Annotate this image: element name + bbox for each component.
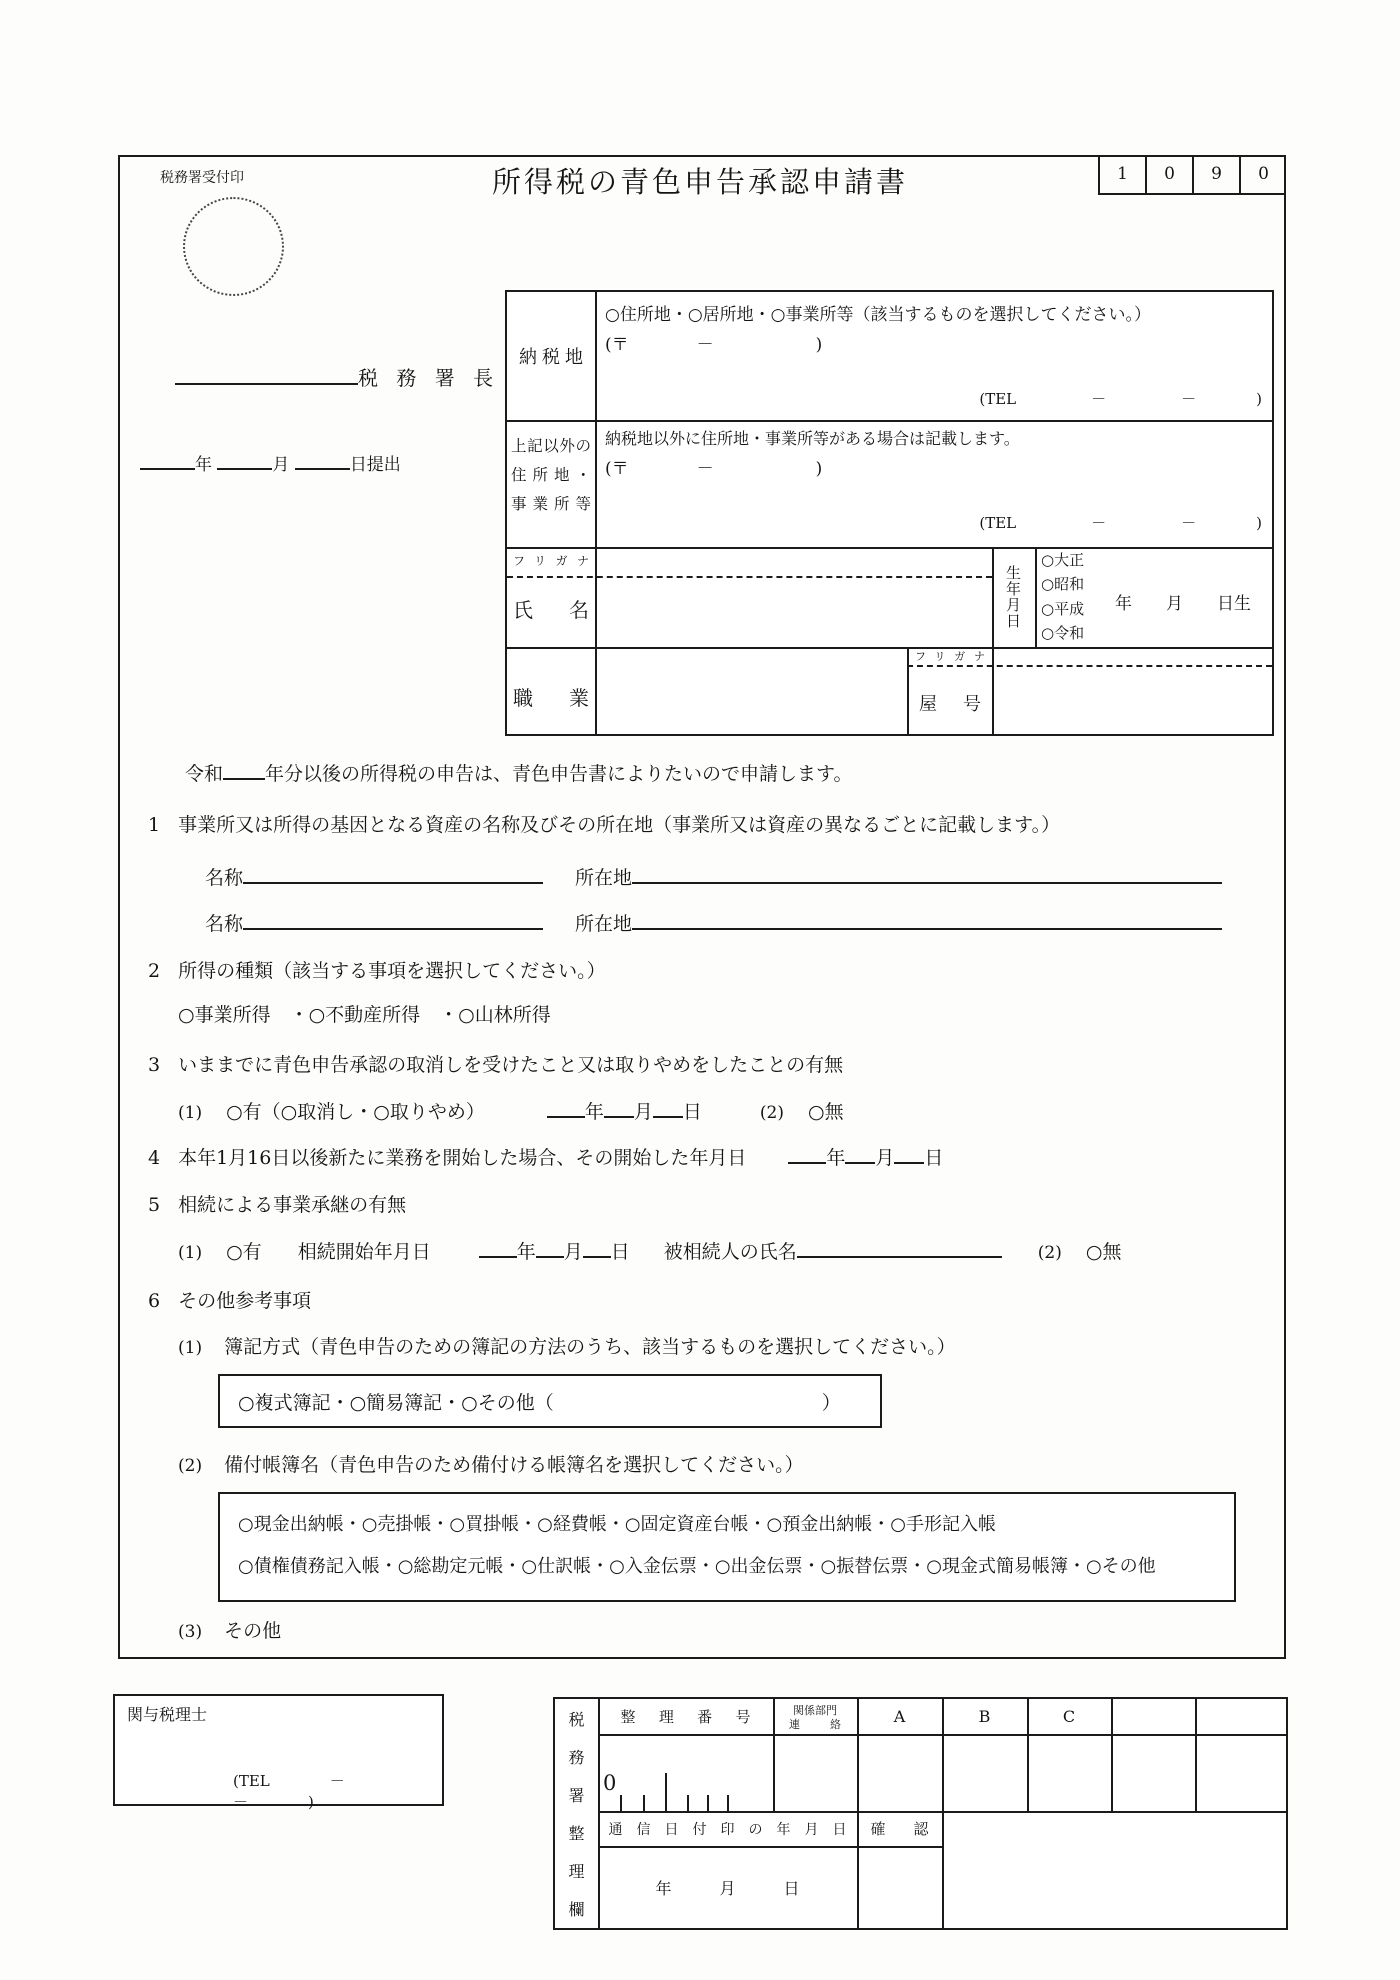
ledger-names-title: 備付帳簿名（青色申告のため備付ける帳簿名を選択してください。） bbox=[224, 1454, 804, 1476]
nozeichi-label: 納税地 bbox=[519, 343, 583, 369]
ledger-options-line-2[interactable]: ○債権債務記入帳・○総勘定元帳・○仕訳帳・○入金伝票・○出金伝票・○振替伝票・○… bbox=[238, 1552, 1156, 1578]
submit-month-label: 月 bbox=[272, 455, 289, 475]
inheritance-month-field[interactable] bbox=[536, 1236, 564, 1258]
digit-tick bbox=[620, 1795, 622, 1811]
name-label: 氏名 bbox=[513, 594, 589, 623]
side-label-char: 署 bbox=[568, 1783, 584, 1806]
bookkeeping-options-line: ○複式簿記・○簡易簿記・○その他（） bbox=[238, 1388, 841, 1415]
section1-row1: 名称所在地 bbox=[205, 862, 1222, 890]
related-dept-header-cell: 関係部門 連絡 bbox=[773, 1701, 857, 1734]
day-label: 日 bbox=[683, 1101, 702, 1123]
era-option-reiwa[interactable]: ○令和 bbox=[1041, 622, 1084, 643]
year-label: 年 bbox=[585, 1101, 604, 1123]
tax-accountant-tel[interactable]: (TEL － － ) bbox=[233, 1770, 442, 1812]
nozeichi-postal[interactable]: (〒 － ) bbox=[605, 330, 822, 355]
reference-number-label: 整理番号 bbox=[621, 1706, 751, 1727]
section5-line: (1)○有相続開始年月日年月日被相続人の氏名(2)○無 bbox=[178, 1236, 1121, 1264]
section6-number: 6 bbox=[148, 1290, 160, 1312]
table-line bbox=[907, 647, 909, 734]
related-dept-label-2: 連絡 bbox=[789, 1718, 841, 1732]
item-1-number: (1) bbox=[178, 1103, 202, 1123]
era-option-taisho[interactable]: ○大正 bbox=[1041, 549, 1084, 570]
revocation-no-option[interactable]: ○無 bbox=[808, 1101, 844, 1123]
confirmation-label: 確認 bbox=[871, 1818, 929, 1839]
section4-title: 本年1月16日以後新たに業務を開始した場合、その開始した年月日 bbox=[178, 1147, 746, 1169]
inheritance-day-field[interactable] bbox=[583, 1236, 611, 1258]
column-b-header: B bbox=[942, 1699, 1027, 1734]
revocation-yes-option[interactable]: ○有（○取消し・○取りやめ） bbox=[226, 1101, 485, 1123]
yago-label: 屋号 bbox=[919, 690, 981, 716]
era-options: ○大正 ○昭和 ○平成 ○令和 bbox=[1041, 549, 1084, 643]
section6-heading: 6その他参考事項 bbox=[148, 1286, 311, 1313]
table-line bbox=[1035, 547, 1037, 647]
reference-number-zero: 0 bbox=[603, 1771, 616, 1795]
tax-office-line: 税 務 署 長 bbox=[175, 362, 499, 391]
page-title: 所得税の青色申告承認申請書 bbox=[118, 160, 1282, 201]
revocation-month-field[interactable] bbox=[604, 1096, 634, 1118]
deceased-name-label: 被相続人の氏名 bbox=[664, 1241, 797, 1263]
section2-number: 2 bbox=[148, 960, 160, 982]
item-1-number: (1) bbox=[178, 1243, 202, 1263]
business-location-field-2[interactable] bbox=[632, 908, 1222, 930]
section1-heading: 1事業所又は所得の基因となる資産の名称及びその所在地（事業所又は資産の異なるごと… bbox=[148, 810, 1060, 837]
income-type-options[interactable]: ○事業所得 ・○不動産所得 ・○山林所得 bbox=[178, 1000, 551, 1027]
postmark-date-header-cell: 通信日付印の年月日 bbox=[598, 1811, 857, 1846]
other-address-tel[interactable]: (TEL － － ) bbox=[979, 512, 1262, 533]
month-label: 月 bbox=[564, 1241, 583, 1263]
day-label: 日 bbox=[924, 1147, 943, 1169]
postmark-date-label: 通信日付印の年月日 bbox=[609, 1819, 847, 1839]
deceased-name-field[interactable] bbox=[797, 1236, 1002, 1258]
ledger-names-box: ○現金出納帳・○売掛帳・○買掛帳・○経費帳・○固定資産台帳・○預金出納帳・○手形… bbox=[218, 1492, 1236, 1602]
tax-office-name-field[interactable] bbox=[175, 362, 358, 385]
declaration-line: 令和年分以後の所得税の申告は、青色申告書によりたいので申請します。 bbox=[185, 758, 853, 786]
inheritance-no-option[interactable]: ○無 bbox=[1086, 1241, 1122, 1263]
digit-tick-tall bbox=[665, 1773, 667, 1811]
table-line bbox=[507, 420, 1272, 422]
revocation-year-field[interactable] bbox=[547, 1096, 585, 1118]
office-use-side-label: 税 務 署 整 理 欄 bbox=[555, 1699, 598, 1928]
submit-year-field[interactable] bbox=[140, 450, 195, 470]
declaration-era: 令和 bbox=[185, 763, 223, 785]
location-label: 所在地 bbox=[575, 913, 632, 935]
applicant-info-table: 納税地 ○住所地・○居所地・○事業所等（該当するものを選択してください。） (〒… bbox=[505, 290, 1274, 736]
postmark-ymd-cell[interactable]: 年 月 日 bbox=[598, 1846, 857, 1928]
name-label: 名称 bbox=[205, 913, 243, 935]
section1-title: 事業所又は所得の基因となる資産の名称及びその所在地（事業所又は資産の異なるごとに… bbox=[178, 814, 1060, 836]
section2-title: 所得の種類（該当する事項を選択してください。） bbox=[178, 960, 606, 982]
reference-number-header-cell: 整理番号 bbox=[598, 1699, 773, 1734]
other-address-label-1: 上記以外の bbox=[511, 432, 591, 461]
column-a-header: A bbox=[857, 1699, 942, 1734]
submit-day-field[interactable] bbox=[295, 450, 350, 470]
related-dept-label-1: 関係部門 bbox=[793, 1704, 837, 1718]
year-label: 年 bbox=[826, 1147, 845, 1169]
section3-number: 3 bbox=[148, 1054, 160, 1076]
section3-line: (1)○有（○取消し・○取りやめ）年月日(2)○無 bbox=[178, 1096, 844, 1124]
inheritance-yes-option[interactable]: ○有 bbox=[226, 1241, 262, 1263]
start-year-field[interactable] bbox=[788, 1142, 826, 1164]
other-notes-title: その他 bbox=[224, 1620, 281, 1642]
occupation-label: 職業 bbox=[513, 682, 589, 711]
other-address-postal[interactable]: (〒 － ) bbox=[605, 454, 822, 479]
blue-return-application-form: 1 0 9 0 税務署受付印 所得税の青色申告承認申請書 税 務 署 長 年 月… bbox=[0, 0, 1400, 1980]
other-notes-heading: (3)その他 bbox=[178, 1616, 281, 1643]
side-label-char: 整 bbox=[568, 1821, 584, 1844]
nozeichi-label-cell: 納税地 bbox=[507, 292, 595, 420]
birthdate-label: 生年月日 bbox=[1003, 565, 1024, 629]
side-label-char: 理 bbox=[568, 1859, 584, 1882]
birthdate-label-cell: 生年月日 bbox=[992, 547, 1035, 647]
submit-month-field[interactable] bbox=[217, 450, 272, 470]
bookkeeping-paren-close: ） bbox=[822, 1392, 841, 1414]
section1-number: 1 bbox=[148, 814, 160, 836]
section5-heading: 5相続による事業承継の有無 bbox=[148, 1190, 406, 1217]
declaration-text: 年分以後の所得税の申告は、青色申告書によりたいので申請します。 bbox=[265, 763, 852, 785]
section3-title: いままでに青色申告承認の取消しを受けたこと又は取りやめをしたことの有無 bbox=[178, 1054, 843, 1076]
business-location-field-1[interactable] bbox=[632, 862, 1222, 884]
side-label-char: 務 bbox=[568, 1745, 584, 1768]
office-use-table: 税 務 署 整 理 欄 整理番号 関係部門 連絡 A B C 0 通信日付印の年… bbox=[553, 1697, 1288, 1930]
digit-tick bbox=[707, 1795, 709, 1811]
other-address-label-2: 住所地・ bbox=[511, 461, 591, 490]
submission-date-line: 年 月 日提出 bbox=[140, 450, 401, 475]
era-option-heisei[interactable]: ○平成 bbox=[1041, 598, 1084, 619]
nozeichi-options[interactable]: ○住所地・○居所地・○事業所等（該当するものを選択してください。） bbox=[605, 300, 1151, 325]
era-option-showa[interactable]: ○昭和 bbox=[1041, 573, 1084, 594]
item-2-number: (2) bbox=[760, 1103, 784, 1123]
tax-accountant-label: 関与税理士 bbox=[127, 1702, 207, 1725]
bookkeeping-method-title: 簿記方式（青色申告のための簿記の方法のうち、該当するものを選択してください。） bbox=[224, 1336, 956, 1358]
nozeichi-tel[interactable]: (TEL － － ) bbox=[979, 388, 1262, 409]
other-address-label-cell: 上記以外の 住所地・ 事業所等 bbox=[511, 432, 591, 519]
business-name-field-1[interactable] bbox=[243, 862, 543, 884]
name-label: 名称 bbox=[205, 867, 243, 889]
declaration-year-field[interactable] bbox=[223, 758, 265, 780]
bookkeeping-options[interactable]: ○複式簿記・○簡易簿記・○その他（ bbox=[238, 1392, 554, 1414]
occupation-input-area[interactable] bbox=[595, 647, 907, 734]
section2-heading: 2所得の種類（該当する事項を選択してください。） bbox=[148, 956, 606, 983]
side-label-char: 欄 bbox=[568, 1897, 584, 1920]
revocation-day-field[interactable] bbox=[653, 1096, 683, 1118]
name-input-area[interactable] bbox=[595, 578, 992, 647]
inheritance-year-field[interactable] bbox=[479, 1236, 517, 1258]
section1-row2: 名称所在地 bbox=[205, 908, 1222, 936]
side-label-char: 税 bbox=[568, 1707, 584, 1730]
section5-title: 相続による事業承継の有無 bbox=[178, 1194, 406, 1216]
start-day-field[interactable] bbox=[894, 1142, 924, 1164]
bookkeeping-method-heading: (1)簿記方式（青色申告のための簿記の方法のうち、該当するものを選択してください… bbox=[178, 1332, 956, 1359]
sub-item-2-number: (2) bbox=[178, 1456, 202, 1476]
inheritance-start-label: 相続開始年月日 bbox=[298, 1241, 431, 1263]
day-label: 日 bbox=[611, 1241, 630, 1263]
other-address-note: 納税地以外に住所地・事業所等がある場合は記載します。 bbox=[605, 426, 1020, 449]
table-line bbox=[1111, 1699, 1113, 1811]
yago-furigana-label: フリガナ bbox=[915, 648, 985, 664]
month-label: 月 bbox=[634, 1101, 653, 1123]
year-label: 年 bbox=[517, 1241, 536, 1263]
furigana-label: フリガナ bbox=[513, 552, 589, 569]
month-label: 月 bbox=[875, 1147, 894, 1169]
start-month-field[interactable] bbox=[845, 1142, 875, 1164]
confirmation-header-cell: 確認 bbox=[857, 1811, 942, 1846]
submit-year-label: 年 bbox=[195, 455, 212, 475]
digit-tick bbox=[687, 1795, 689, 1811]
bookkeeping-method-box: ○複式簿記・○簡易簿記・○その他（） bbox=[218, 1374, 882, 1428]
ledger-options-line-1[interactable]: ○現金出納帳・○売掛帳・○買掛帳・○経費帳・○固定資産台帳・○預金出納帳・○手形… bbox=[238, 1510, 996, 1536]
receipt-stamp-circle bbox=[183, 197, 284, 296]
location-label: 所在地 bbox=[575, 867, 632, 889]
business-name-field-2[interactable] bbox=[243, 908, 543, 930]
section5-number: 5 bbox=[148, 1194, 160, 1216]
section4-number: 4 bbox=[148, 1147, 160, 1169]
table-line bbox=[507, 547, 1272, 549]
digit-tick bbox=[643, 1795, 645, 1811]
sub-item-1-number: (1) bbox=[178, 1338, 202, 1358]
birthdate-ymd[interactable]: 年 月 日生 bbox=[1115, 589, 1251, 614]
other-address-label-3: 事業所等 bbox=[511, 490, 591, 519]
table-line bbox=[1195, 1699, 1197, 1811]
tax-office-suffix: 税 務 署 長 bbox=[358, 366, 499, 390]
tax-accountant-box: 関与税理士 (TEL － － ) bbox=[113, 1694, 444, 1806]
yago-input-area[interactable] bbox=[992, 667, 1272, 734]
digit-tick bbox=[727, 1795, 729, 1811]
item-2-number: (2) bbox=[1038, 1243, 1062, 1263]
ledger-names-heading: (2)備付帳簿名（青色申告のため備付ける帳簿名を選択してください。） bbox=[178, 1450, 804, 1477]
submit-day-label: 日提出 bbox=[350, 455, 401, 475]
section3-heading: 3いままでに青色申告承認の取消しを受けたこと又は取りやめをしたことの有無 bbox=[148, 1050, 843, 1077]
section6-title: その他参考事項 bbox=[178, 1290, 311, 1312]
section4-line: 4本年1月16日以後新たに業務を開始した場合、その開始した年月日年月日 bbox=[148, 1142, 943, 1170]
column-c-header: C bbox=[1027, 1699, 1111, 1734]
sub-item-3-number: (3) bbox=[178, 1622, 202, 1642]
